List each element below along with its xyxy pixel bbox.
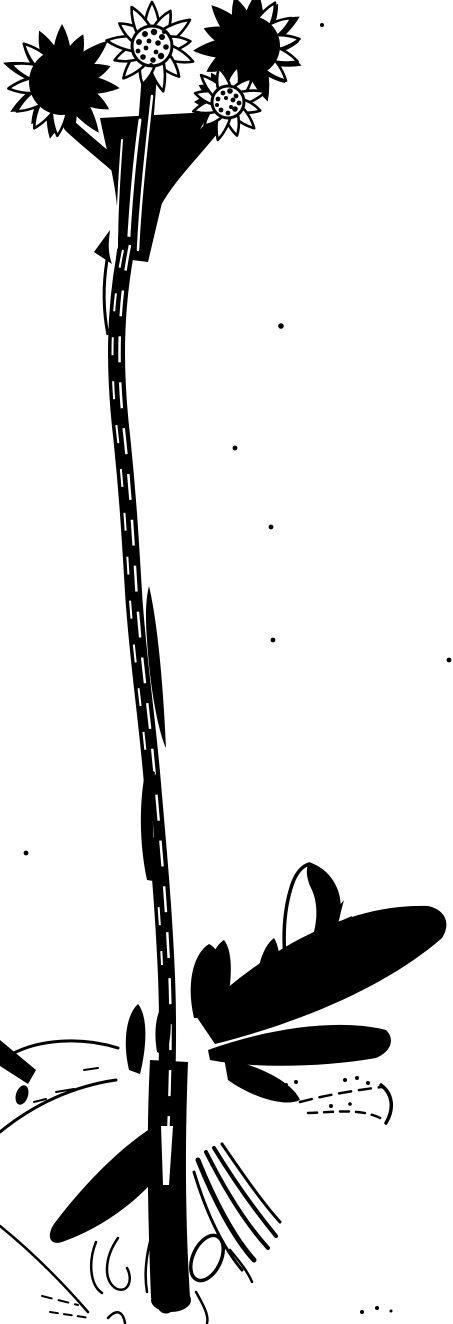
disc-stipple-dot bbox=[144, 46, 149, 51]
paper-background bbox=[0, 0, 453, 1324]
ink-speck bbox=[233, 446, 238, 451]
ink-speck bbox=[320, 23, 324, 27]
ink-speck bbox=[284, 1083, 288, 1087]
disc-stipple-dot bbox=[215, 103, 219, 107]
ink-speck bbox=[271, 638, 276, 643]
ink-speck bbox=[294, 1080, 298, 1084]
flower-disc bbox=[220, 16, 280, 76]
disc-stipple-dot bbox=[158, 53, 164, 59]
disc-stipple-dot bbox=[136, 49, 141, 54]
disc-stipple-dot bbox=[232, 106, 238, 112]
ink-speck bbox=[447, 658, 452, 663]
ink-speck bbox=[278, 323, 284, 329]
ink-speck bbox=[390, 1310, 393, 1313]
disc-stipple-dot bbox=[162, 30, 166, 34]
disc-stipple-dot bbox=[237, 101, 242, 106]
botanical-illustration bbox=[0, 0, 453, 1324]
ink-speck bbox=[329, 1104, 333, 1108]
ink-speck bbox=[348, 1102, 352, 1106]
disc-stipple-dot bbox=[221, 91, 226, 96]
disc-stipple-dot bbox=[231, 98, 236, 103]
disc-stipple-dot bbox=[140, 54, 146, 60]
disc-stipple-dot bbox=[149, 63, 153, 67]
disc-stipple-dot bbox=[229, 105, 233, 109]
disc-stipple-dot bbox=[216, 97, 221, 102]
disc-stipple-dot bbox=[224, 96, 228, 100]
disc-stipple-dot bbox=[155, 40, 161, 46]
disc-stipple-dot bbox=[227, 88, 233, 94]
ink-speck bbox=[269, 525, 274, 530]
ink-speck bbox=[375, 1306, 379, 1310]
disc-stipple-dot bbox=[159, 34, 165, 40]
root-crown-blob bbox=[151, 1288, 191, 1312]
ink-speck bbox=[24, 851, 29, 856]
disc-stipple-dot bbox=[136, 39, 142, 45]
ink-speck bbox=[360, 1310, 364, 1314]
disc-stipple-dot bbox=[151, 29, 157, 35]
disc-stipple-dot bbox=[163, 44, 169, 50]
disc-stipple-dot bbox=[234, 94, 239, 99]
disc-stipple-dot bbox=[142, 31, 148, 37]
flower-disc bbox=[29, 49, 95, 115]
plant-woodcut-svg bbox=[0, 0, 453, 1324]
disc-stipple-dot bbox=[226, 111, 231, 116]
disc-stipple-dot bbox=[219, 108, 224, 113]
ink-speck bbox=[343, 1078, 347, 1082]
ink-speck bbox=[355, 1076, 359, 1080]
disc-stipple-dot bbox=[147, 39, 152, 44]
ink-speck bbox=[366, 1081, 370, 1085]
disc-stipple-dot bbox=[150, 57, 156, 63]
disc-stipple-dot bbox=[154, 50, 159, 55]
